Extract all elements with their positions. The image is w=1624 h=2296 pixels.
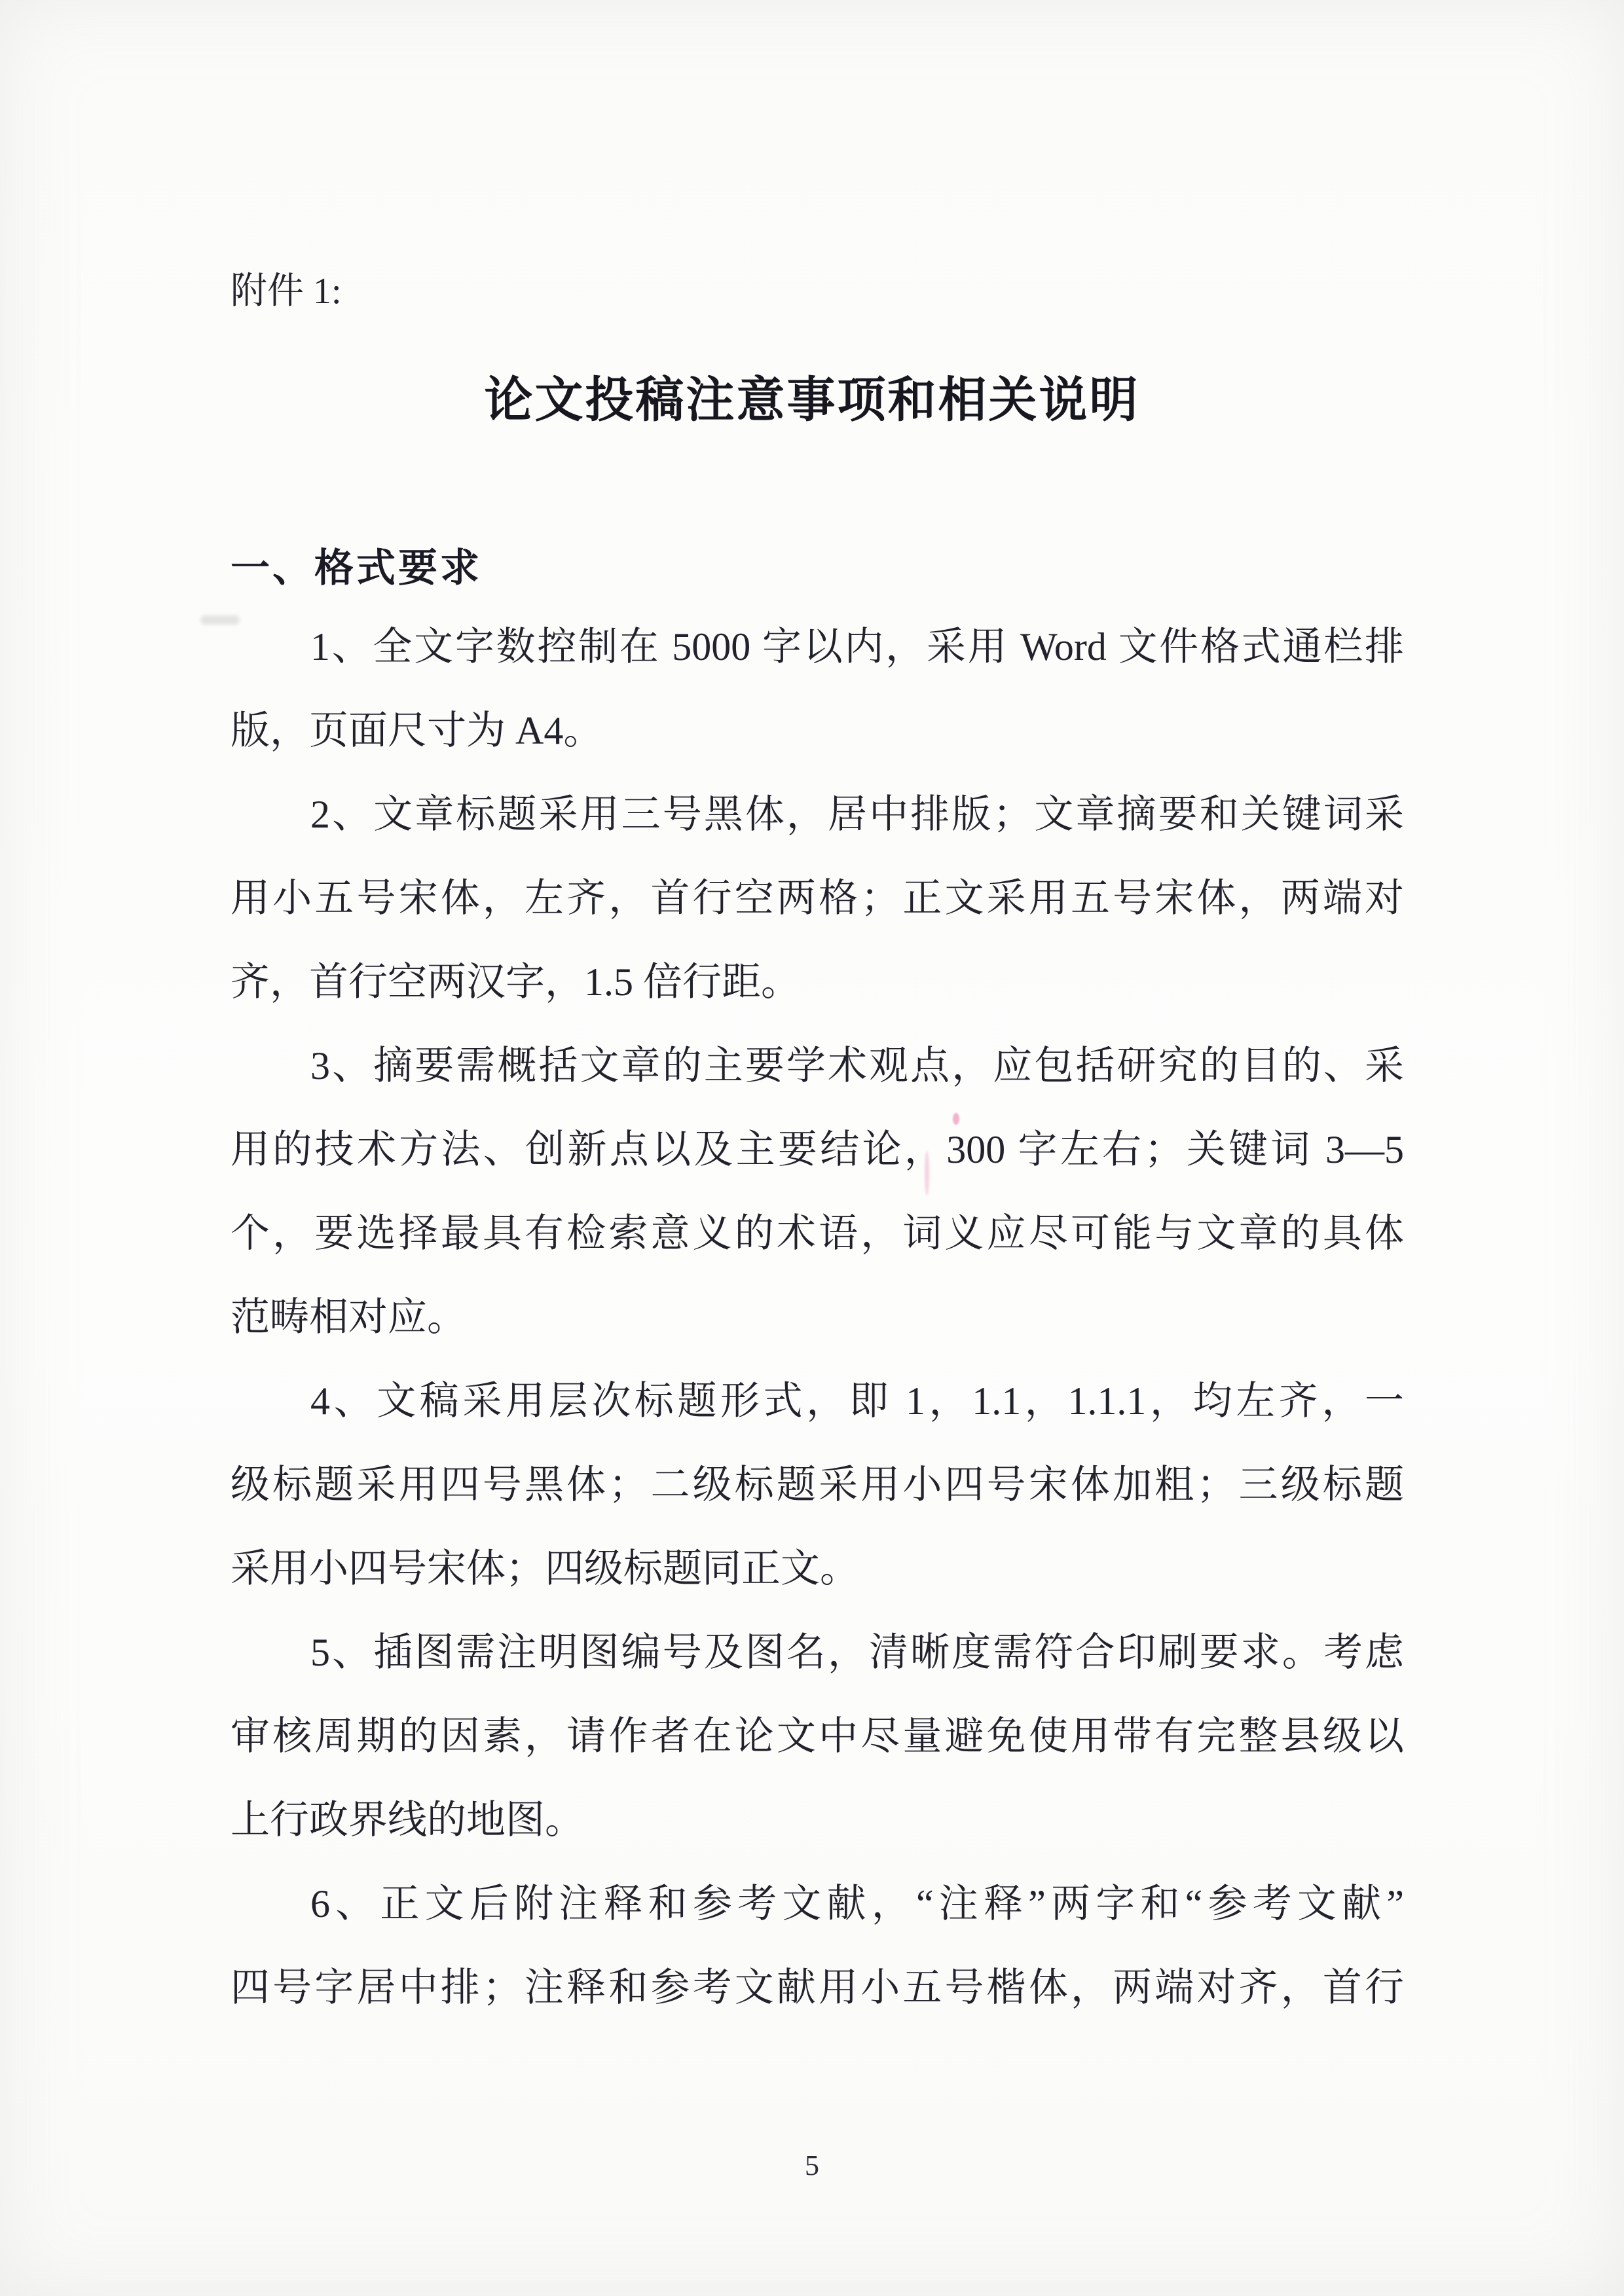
body-line: 上行政界线的地图。 [231, 1778, 1404, 1862]
body-line: 四号字居中排；注释和参考文献用小五号楷体，两端对齐，首行 [231, 1946, 1404, 2030]
body-line: 采用小四号宋体；四级标题同正文。 [231, 1527, 1404, 1611]
body-line: 齐，首行空两汉字，1.5 倍行距。 [231, 940, 1404, 1024]
body-line: 6、正文后附注释和参考文献，“注释”两字和“参考文献” [231, 1862, 1404, 1946]
body-line: 3、摘要需概括文章的主要学术观点，应包括研究的目的、采 [231, 1024, 1404, 1108]
attachment-label: 附件 1: [231, 262, 342, 321]
scanned-page: 附件 1: 论文投稿注意事项和相关说明 一、格式要求 1、全文字数控制在 500… [0, 0, 1624, 2296]
body-line: 1、全文字数控制在 5000 字以内，采用 Word 文件格式通栏排 [231, 605, 1404, 689]
body-line: 4、文稿采用层次标题形式，即 1，1.1，1.1.1，均左齐，一 [231, 1359, 1404, 1443]
body-line: 5、插图需注明图编号及图名，清晰度需符合印刷要求。考虑 [231, 1611, 1404, 1694]
page-number: 5 [0, 2149, 1624, 2182]
body-line: 级标题采用四号黑体；二级标题采用小四号宋体加粗；三级标题 [231, 1443, 1404, 1527]
body-line: 用的技术方法、创新点以及主要结论，300 字左右；关键词 3—5 [231, 1108, 1404, 1192]
document-title: 论文投稿注意事项和相关说明 [0, 361, 1624, 431]
body-line: 2、文章标题采用三号黑体，居中排版；文章摘要和关键词采 [231, 773, 1404, 856]
body-line: 审核周期的因素，请作者在论文中尽量避免使用带有完整县级以 [231, 1694, 1404, 1778]
body-text: 1、全文字数控制在 5000 字以内，采用 Word 文件格式通栏排版，页面尺寸… [231, 605, 1404, 2030]
body-line: 范畴相对应。 [231, 1275, 1404, 1359]
body-line: 个，要选择最具有检索意义的术语，词义应尽可能与文章的具体 [231, 1192, 1404, 1275]
body-line: 版，页面尺寸为 A4。 [231, 689, 1404, 773]
body-line: 用小五号宋体，左齐，首行空两格；正文采用五号宋体，两端对 [231, 856, 1404, 940]
section-heading: 一、格式要求 [231, 537, 482, 593]
